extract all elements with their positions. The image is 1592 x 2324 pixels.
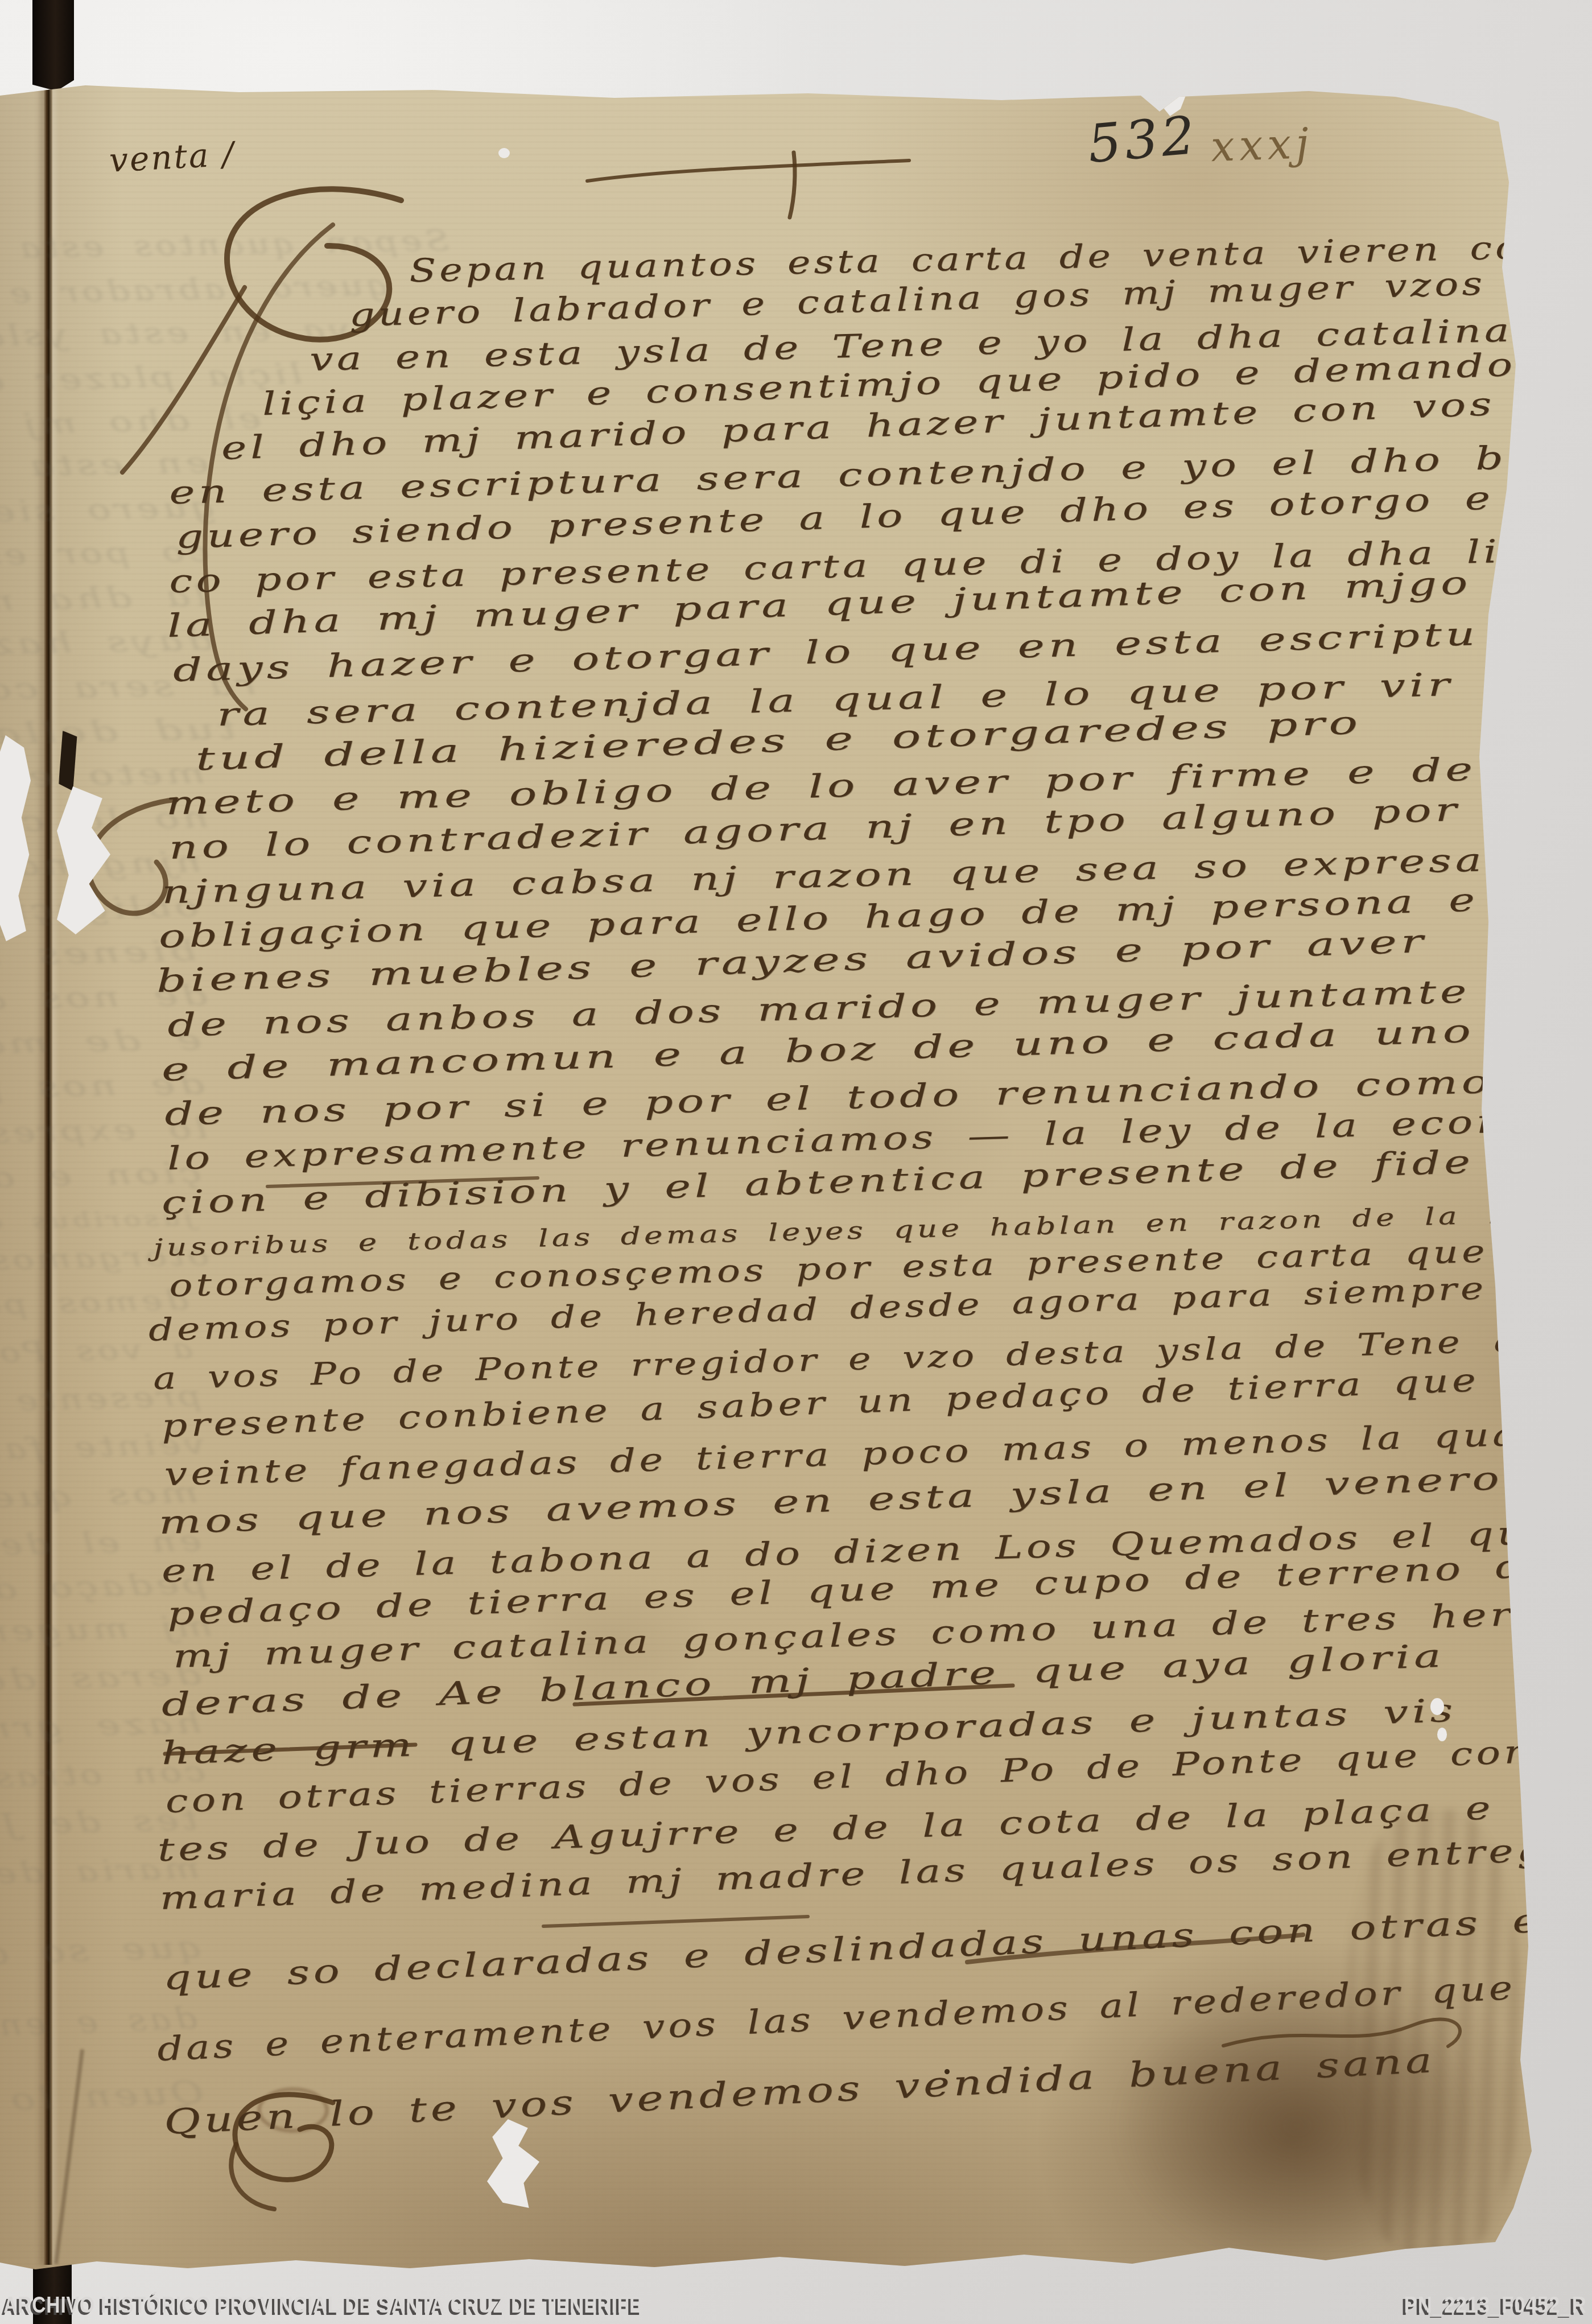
archive-scan-photo: Sepan quantos esta carta de venta vieren… [0,0,1592,2324]
manuscript-page: Sepan quantos esta carta de venta vieren… [0,0,1536,2277]
folio-number-roman: xxxj [1210,119,1314,171]
footer-reference-code: PN_2213_F0452_R [1404,2292,1586,2318]
paper-damage-hole [487,2119,539,2208]
marginal-note-venta: venta / [108,134,236,179]
folio-number-arabic: 532 [1086,105,1201,175]
ink-dot [604,2267,611,2273]
paper-damage-hole [1437,1728,1447,1741]
binding-strap-top [32,0,74,91]
dark-stain-blotch [1115,1986,1479,2265]
paper-damage-hole [498,148,510,158]
paper-damage-hole [1430,1698,1444,1715]
footer-archive-name: ARCHIVO HISTÓRICO PROVINCIAL DE SANTA CR… [3,2292,642,2318]
